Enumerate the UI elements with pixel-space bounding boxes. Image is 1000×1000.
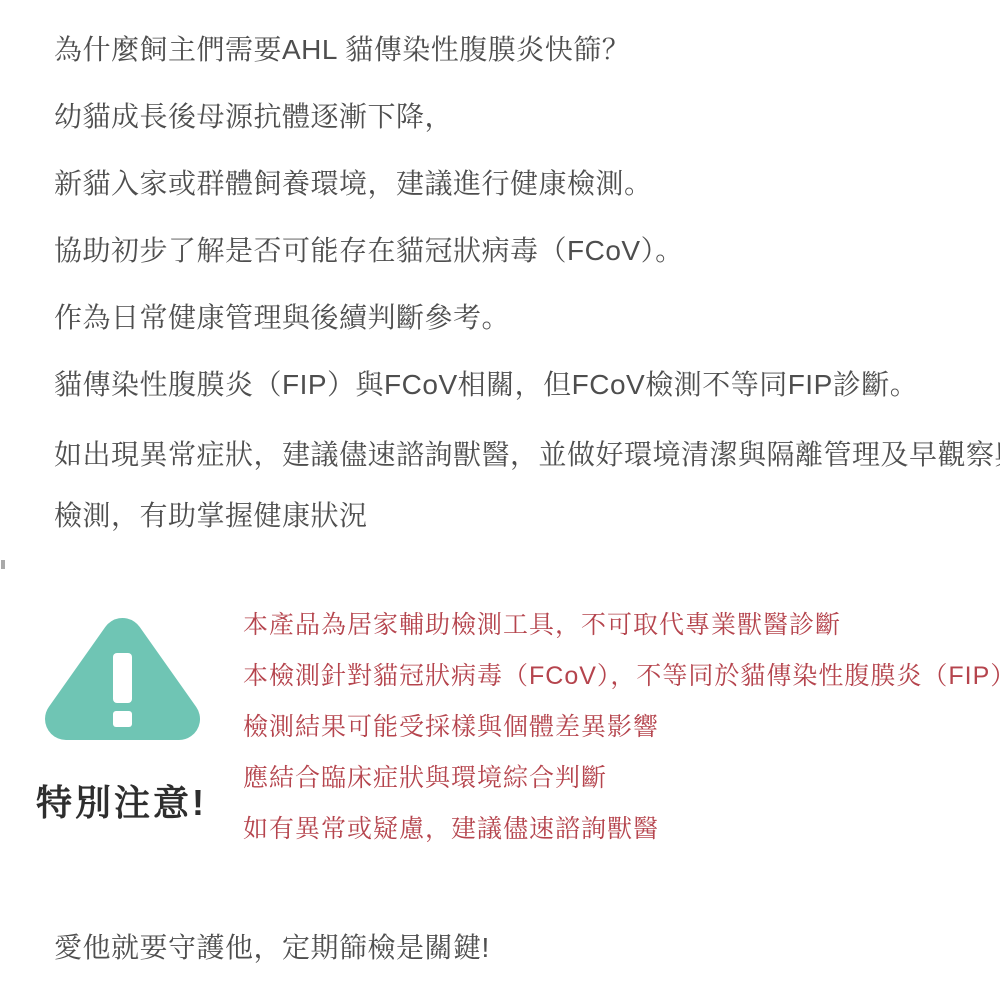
intro-line-5: 作為日常健康管理與後續判斷參考。 — [54, 301, 510, 335]
exclamation-dot — [113, 711, 132, 727]
warning-line-1: 本產品為居家輔助檢測工具，不可取代專業獸醫診斷 — [243, 610, 841, 640]
intro-line-8: 檢測，有助掌握健康狀況 — [54, 499, 368, 533]
stray-mark — [1, 560, 5, 569]
intro-line-7: 如出現異常症狀，建議儘速諮詢獸醫，並做好環境清潔與隔離管理及早觀察與 — [54, 438, 1000, 472]
intro-line-3: 新貓入家或群體飼養環境，建議進行健康檢測。 — [54, 167, 653, 201]
warning-line-5: 如有異常或疑慮，建議儘速諮詢獸醫 — [243, 814, 659, 844]
footer-tagline: 愛他就要守護他，定期篩檢是關鍵! — [54, 926, 490, 966]
warning-line-4: 應結合臨床症狀與環境綜合判斷 — [243, 763, 607, 793]
exclamation-bar — [113, 653, 132, 703]
product-description-page: 為什麼飼主們需要AHL 貓傳染性腹膜炎快篩？ 幼貓成長後母源抗體逐漸下降， 新貓… — [0, 0, 1000, 1000]
warning-line-3: 檢測結果可能受採樣與個體差異影響 — [243, 712, 659, 742]
warning-line-2: 本檢測針對貓冠狀病毒（FCoV），不等同於貓傳染性腹膜炎（FIP） — [243, 661, 1000, 691]
intro-line-4: 協助初步了解是否可能存在貓冠狀病毒（FCoV）。 — [54, 234, 684, 268]
intro-line-6: 貓傳染性腹膜炎（FIP）與FCoV相關，但FCoV檢測不等同FIP診斷。 — [54, 368, 918, 402]
notice-title: 特別注意! — [36, 775, 207, 826]
intro-line-1: 為什麼飼主們需要AHL 貓傳染性腹膜炎快篩？ — [54, 33, 630, 67]
intro-line-2: 幼貓成長後母源抗體逐漸下降， — [54, 100, 453, 134]
warning-triangle-icon — [45, 611, 200, 748]
